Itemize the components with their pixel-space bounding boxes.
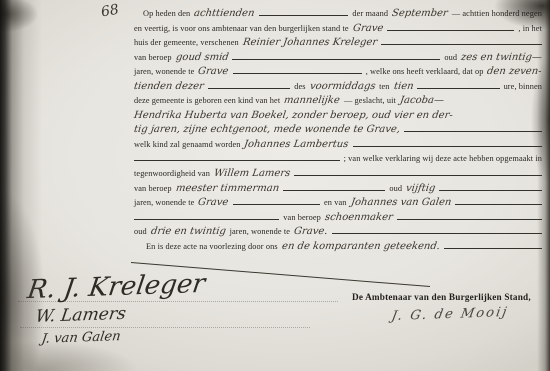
signatures: R. J. KrelegerW. LamersJ. van Galen (28, 272, 204, 348)
printed-text: — achttien honderd negen (452, 7, 542, 20)
printed-text: en veertig, is voor ons ambtenaar van de… (134, 22, 349, 35)
act-line: tienden dezerdesvoormiddagstentienure, b… (134, 80, 542, 95)
act-number: 68 (100, 2, 120, 21)
signature: J. van Galen (40, 323, 206, 351)
fill-line (404, 123, 542, 132)
scanned-birth-certificate: 68 Op heden denachttiendender maandSepte… (0, 0, 550, 371)
fill-line (353, 138, 542, 147)
handwritten-text: schoenmaker (324, 211, 394, 224)
handwritten-text: Reinier Johannes Kreleger (242, 36, 378, 49)
handwritten-text: en de komparanten geteekend. (281, 240, 441, 253)
handwritten-text: Hendrika Huberta van Boekel, zonder bero… (133, 109, 454, 122)
fill-line (439, 182, 542, 191)
act-line: van beroepmeester timmermanoudvijftig (134, 182, 542, 197)
handwritten-text: Willem Lamers (213, 167, 291, 180)
printed-text: van beroep (134, 51, 172, 64)
fill-line (444, 240, 542, 249)
handwritten-text: Grave (198, 65, 230, 78)
fill-line (294, 167, 542, 176)
official-signature: J. G. de Mooij (390, 305, 509, 324)
printed-text: Op heden den (143, 7, 190, 20)
act-line: Hendrika Huberta van Boekel, zonder bero… (134, 109, 542, 124)
handwritten-text: vijftig (405, 182, 436, 195)
act-line: deze gemeente is geboren een kind van he… (134, 94, 542, 109)
handwritten-text: tien (393, 80, 414, 93)
handwritten-text: Johannes Lambertus (244, 138, 350, 151)
printed-text: ten (379, 80, 389, 93)
printed-text: van beroep (134, 182, 172, 195)
handwritten-text: tig jaren, zijne echtgenoot, mede wonend… (133, 123, 401, 136)
handwritten-text: tienden dezer (133, 80, 205, 93)
printed-text: En is deze acte na voorlezing door ons (146, 240, 278, 253)
act-line: tig jaren, zijne echtgenoot, mede wonend… (134, 123, 542, 138)
printed-text: oud (389, 182, 402, 195)
printed-text: huis der gemeente, verschenen (134, 36, 239, 49)
act-line: jaren, wonende teGrave, welke ons heeft … (134, 65, 542, 80)
printed-text: — geslacht, uit (344, 94, 396, 107)
fill-line (134, 152, 340, 161)
printed-text: , welke ons heeft verklaard, dat op (366, 65, 484, 78)
act-line: van beroepschoenmaker (134, 211, 542, 226)
printed-text: ; van welke verklaring wij deze acte heb… (344, 152, 542, 165)
fill-line (134, 211, 279, 220)
act-line: En is deze acte na voorlezing door onsen… (134, 240, 542, 255)
printed-text: welk kind zal genaamd worden (134, 138, 240, 151)
handwritten-text: meester timmerman (175, 182, 280, 195)
fill-line (381, 36, 542, 45)
act-line: en veertig, is voor ons ambtenaar van de… (134, 22, 542, 37)
fill-line (283, 182, 386, 191)
fill-line (233, 196, 320, 205)
printed-text: en van (324, 196, 347, 209)
act-line: tegenwoordigheid vanWillem Lamers (134, 167, 542, 182)
handwritten-text: Grave (352, 22, 384, 35)
act-line: ouddrie en twintigjaren, wonende teGrave… (134, 225, 542, 240)
handwritten-text: den zeven- (487, 65, 543, 78)
official-title: De Ambtenaar van den Burgerlijken Stand, (352, 292, 531, 302)
handwritten-text: goud smid (175, 51, 229, 64)
printed-text: jaren, wonende te (134, 196, 194, 209)
printed-text: van beroep (283, 211, 321, 224)
printed-text: ure, binnen (504, 80, 542, 93)
printed-text: deze gemeente is geboren een kind van he… (134, 94, 280, 107)
handwritten-text: voormiddags (309, 80, 376, 93)
fill-line (259, 7, 349, 16)
printed-text: tegenwoordigheid van (134, 167, 210, 180)
fill-line (397, 211, 542, 220)
fill-line (208, 80, 290, 89)
handwritten-text: zes en twintig— (460, 51, 543, 64)
act-line: huis der gemeente, verschenenReinier Joh… (134, 36, 542, 51)
act-line: ; van welke verklaring wij deze acte heb… (134, 152, 542, 167)
act-body: Op heden denachttiendender maandSeptembe… (134, 7, 542, 254)
act-line: Op heden denachttiendender maandSeptembe… (134, 7, 542, 22)
handwritten-text: Jacoba— (399, 94, 445, 107)
fill-line (417, 80, 499, 89)
act-line: welk kind zal genaamd wordenJohannes Lam… (134, 138, 542, 153)
handwritten-text: Grave. (293, 225, 328, 238)
handwritten-text: Grave (198, 196, 230, 209)
fill-line (455, 196, 542, 205)
handwritten-text: drie en twintig (150, 225, 227, 238)
fill-line (233, 65, 362, 74)
printed-text: oud (134, 225, 147, 238)
printed-text: oud (444, 51, 457, 64)
fill-line (387, 22, 514, 31)
printed-text: der maand (352, 7, 388, 20)
printed-text: jaren, wonende te (230, 225, 290, 238)
fill-line (232, 51, 440, 60)
fill-line (332, 225, 542, 234)
handwritten-text: September (391, 7, 449, 20)
handwritten-text: achttienden (193, 7, 255, 20)
printed-text: des (294, 80, 305, 93)
printed-text: , in het (518, 22, 542, 35)
printed-text: jaren, wonende te (134, 65, 194, 78)
act-line: van beroepgoud smidoudzes en twintig— (134, 51, 542, 66)
act-line: jaren, wonende teGraveen vanJohannes van… (134, 196, 542, 211)
handwritten-text: Johannes van Galen (350, 196, 452, 209)
handwritten-text: mannelijke (283, 94, 341, 107)
